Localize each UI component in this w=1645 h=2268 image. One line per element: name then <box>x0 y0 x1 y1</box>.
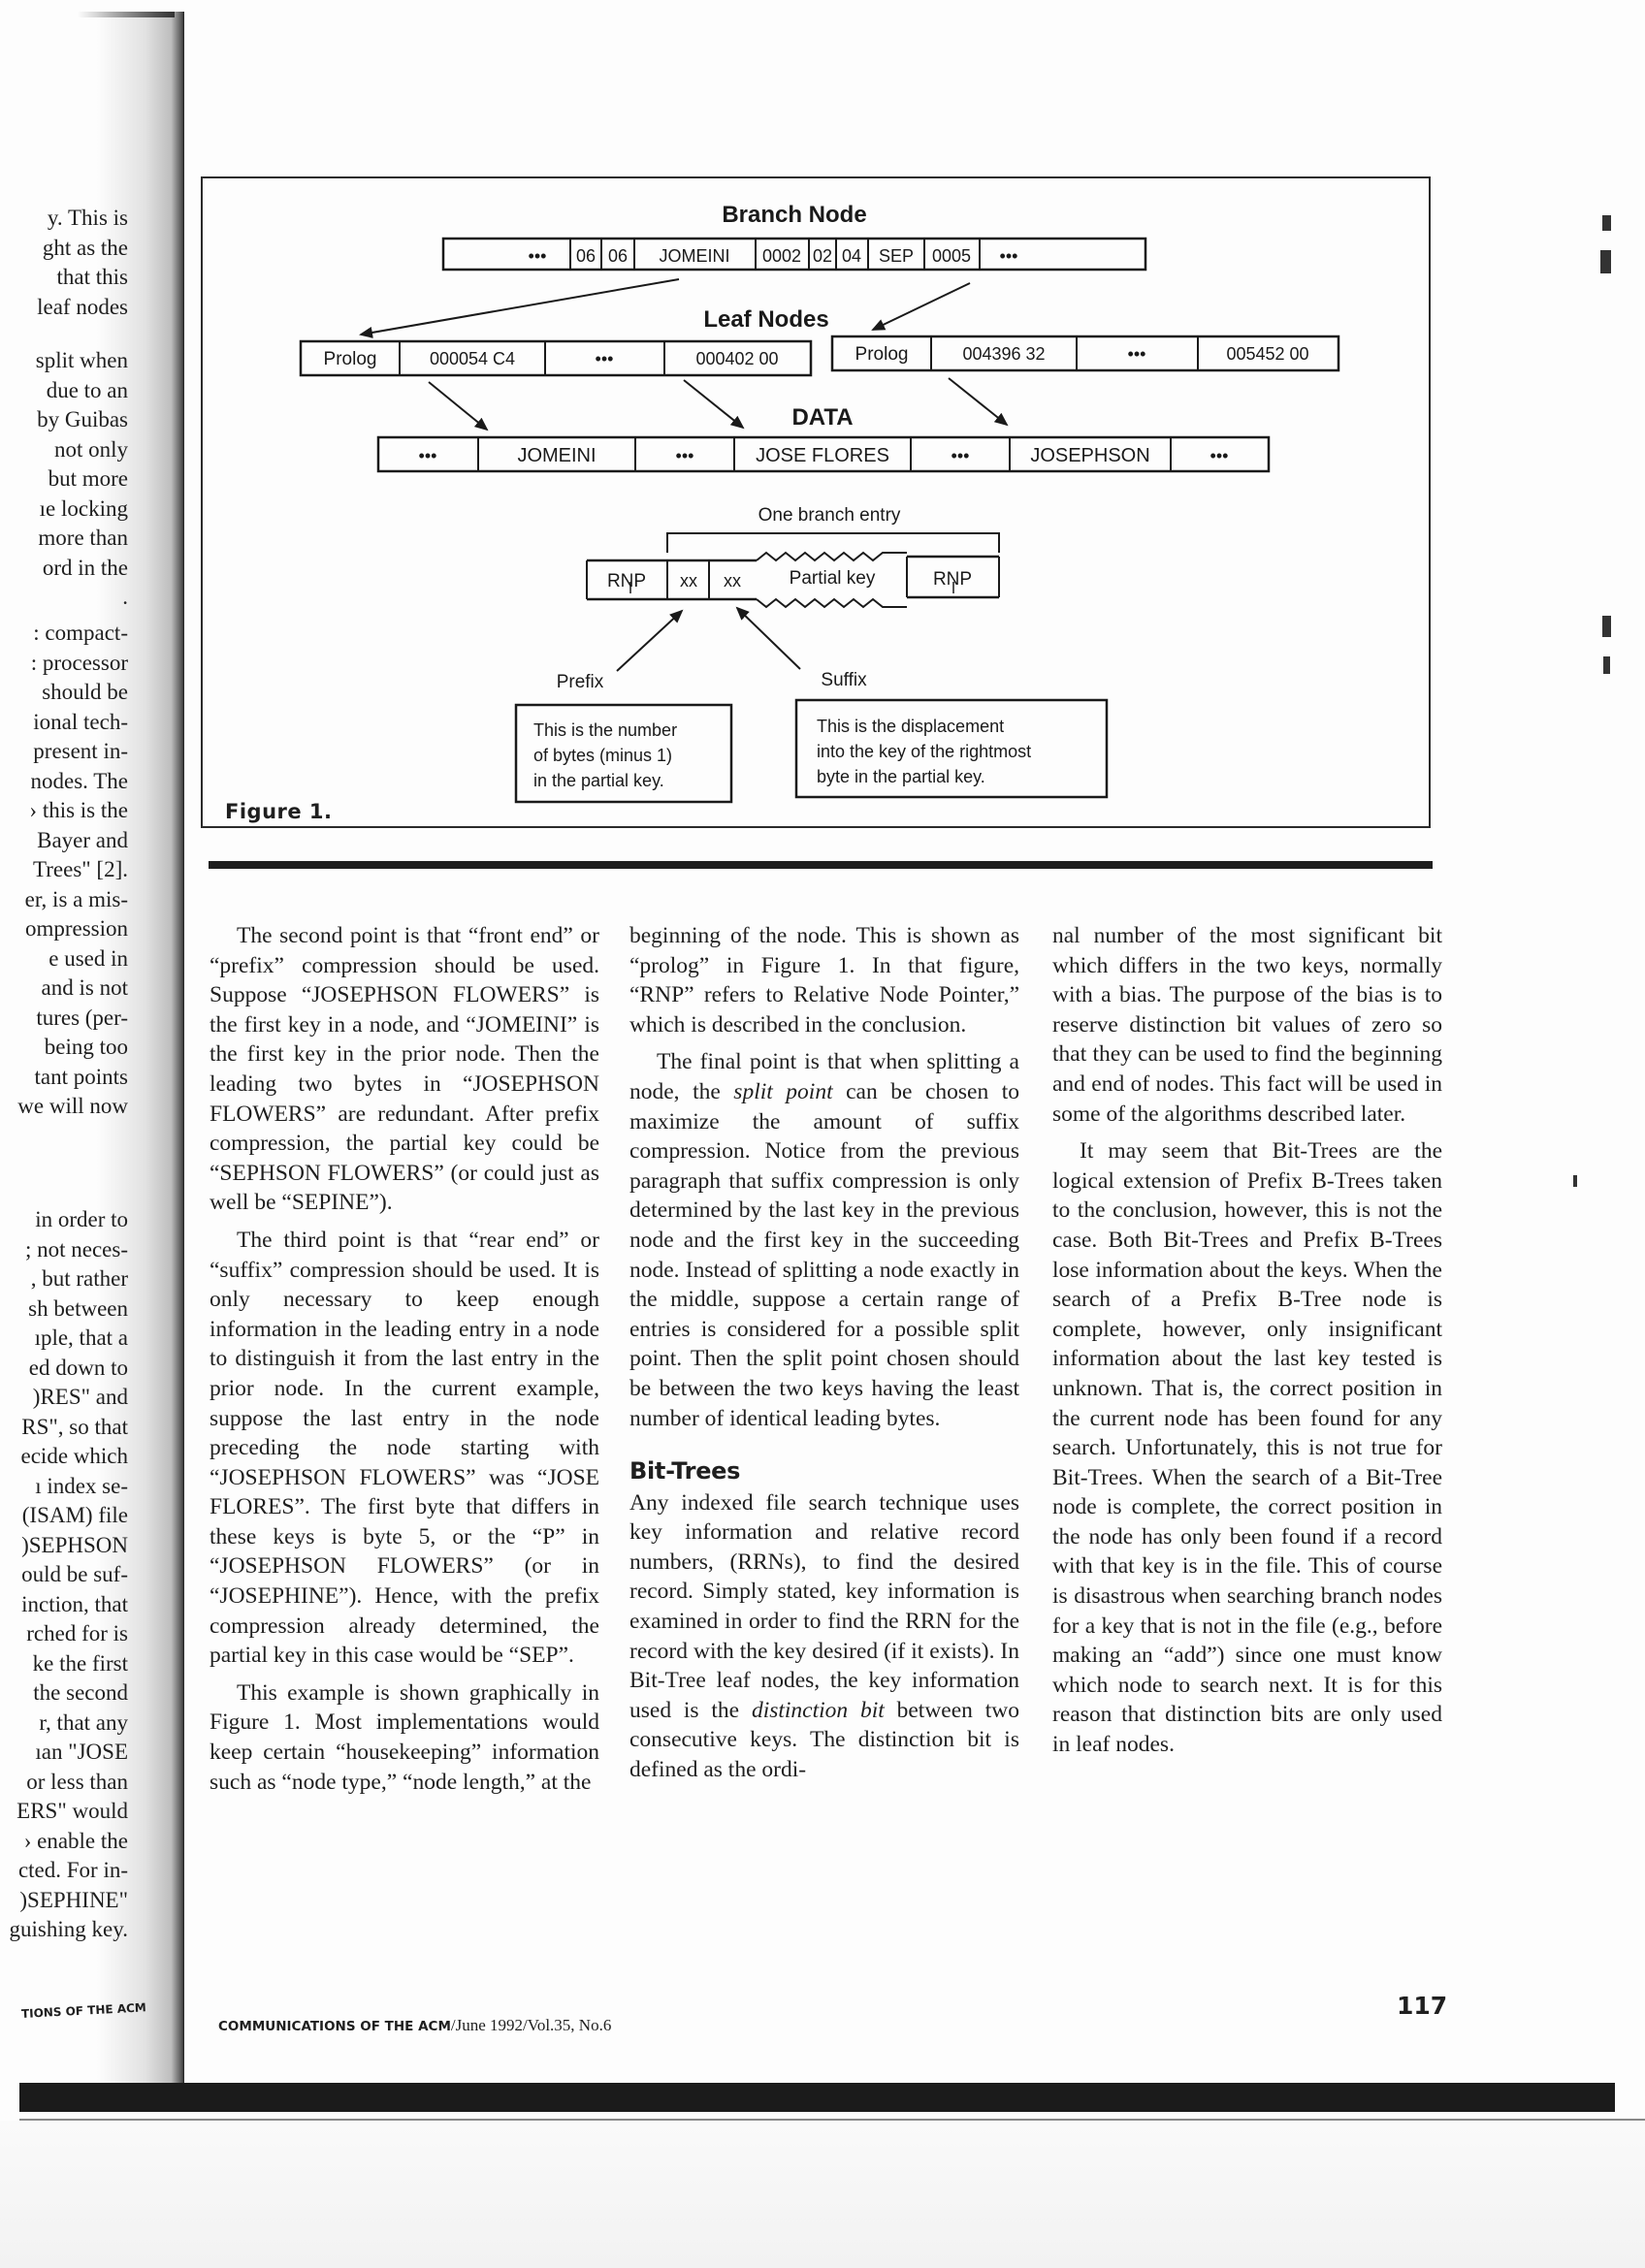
previous-page-line: sh between <box>0 1294 128 1325</box>
prefix-note-line: in the partial key. <box>533 771 664 790</box>
branch-cell: ••• <box>1000 246 1018 266</box>
branch-cell: 0005 <box>932 246 971 266</box>
previous-page-line: tures (per- <box>0 1004 128 1034</box>
article-column-2: beginning of the node. This is shown as … <box>629 921 1019 1793</box>
one-branch-entry-label: One branch entry <box>758 505 901 526</box>
branch-cell: 02 <box>813 246 832 266</box>
previous-page-line: ıan "JOSE <box>0 1738 128 1768</box>
entry-cell: xx <box>724 571 741 591</box>
previous-page-line: ed down to <box>0 1354 128 1384</box>
branch-cell: 06 <box>608 246 628 266</box>
suffix-label: Suffix <box>821 670 867 690</box>
leaf-cell: 000054 C4 <box>430 349 515 368</box>
section-heading-bit-trees: Bit-Trees <box>629 1456 1019 1486</box>
previous-page-line: )SEPHSON <box>0 1531 128 1561</box>
previous-page-line: ecide which <box>0 1442 128 1472</box>
previous-page-line: ould be suf- <box>0 1560 128 1590</box>
figure-1-diagram: Branch Node ••• 06 06 JOMEINI 0002 02 04… <box>0 0 1645 873</box>
leaf-cell: 004396 32 <box>962 344 1045 364</box>
previous-page-line: ompression <box>0 914 128 944</box>
branch-cell: ••• <box>529 246 547 266</box>
branch-cell: JOMEINI <box>659 246 729 266</box>
branch-cell: SEP <box>879 246 914 266</box>
leaf-nodes-title: Leaf Nodes <box>703 306 828 333</box>
emphasis-distinction-bit: distinction bit <box>752 1698 885 1723</box>
emphasis-split-point: split point <box>733 1079 832 1104</box>
text-run: can be chosen to maximize the amount of … <box>629 1079 1019 1431</box>
paragraph: Any indexed file search technique uses k… <box>629 1488 1019 1785</box>
data-cell: ••• <box>1210 446 1229 465</box>
data-cell: ••• <box>676 446 694 465</box>
suffix-note-line: byte in the partial key. <box>817 767 985 786</box>
previous-page-line: and is not <box>0 974 128 1004</box>
entry-cell: RNP <box>933 569 972 590</box>
text-run: Any indexed file search technique uses k… <box>629 1490 1019 1723</box>
data-cell: ••• <box>419 446 437 465</box>
entry-cell: Partial key <box>790 568 876 589</box>
previous-page-line: inction, that <box>0 1590 128 1620</box>
article-column-1: The second point is that “front end” or … <box>210 921 599 1805</box>
scanner-background <box>0 2121 1645 2268</box>
section-rule <box>209 861 1433 869</box>
previous-page-line: ı index se- <box>0 1472 128 1502</box>
paragraph: The final point is that when splitting a… <box>629 1047 1019 1433</box>
branch-node-title: Branch Node <box>722 202 866 228</box>
paragraph: The second point is that “front end” or … <box>210 921 599 1218</box>
leaf-cell: Prolog <box>855 344 909 365</box>
paragraph: beginning of the node. This is shown as … <box>629 921 1019 1039</box>
previous-page-line: rched for is <box>0 1619 128 1649</box>
leaf-cell: ••• <box>1128 344 1146 364</box>
previous-page-line: › enable the <box>0 1827 128 1857</box>
previous-page-line: or less than <box>0 1768 128 1798</box>
previous-page-line: r, that any <box>0 1709 128 1739</box>
paragraph: This example is shown graphically in Fig… <box>210 1678 599 1797</box>
leaf-cell: Prolog <box>324 349 377 369</box>
suffix-note-line: into the key of the rightmost <box>817 742 1031 761</box>
previous-page-line: (ISAM) file <box>0 1501 128 1531</box>
data-cell: JOSE FLORES <box>756 445 889 466</box>
entry-cell: xx <box>680 571 697 591</box>
leaf-cell: ••• <box>596 349 614 368</box>
previous-page-line: guishing key. <box>0 1915 128 1945</box>
branch-cell: 04 <box>842 246 861 266</box>
previous-page-line: ıple, that a <box>0 1324 128 1354</box>
data-cell: JOMEINI <box>517 445 596 466</box>
data-cell: JOSEPHSON <box>1030 445 1149 466</box>
previous-page-line: ; not neces- <box>0 1235 128 1265</box>
scan-bottom-bar <box>19 2083 1615 2112</box>
prefix-note-line: This is the number <box>533 720 677 740</box>
leaf-cell: 000402 00 <box>695 349 778 368</box>
previous-page-line: the second <box>0 1678 128 1709</box>
previous-page-line: e used in <box>0 944 128 974</box>
previous-page-line: )SEPHINE" <box>0 1886 128 1916</box>
paragraph: The third point is that “rear end” or “s… <box>210 1226 599 1671</box>
data-title: DATA <box>791 404 853 431</box>
journal-name: COMMUNICATIONS OF THE ACM <box>218 2019 451 2034</box>
branch-cell: 06 <box>576 246 596 266</box>
previous-page-line: cted. For in- <box>0 1856 128 1886</box>
paragraph: nal number of the most significant bit w… <box>1052 921 1442 1129</box>
previous-page-line: , but rather <box>0 1264 128 1294</box>
entry-cell: RNP <box>607 571 646 591</box>
running-footer: COMMUNICATIONS OF THE ACM/June 1992/Vol.… <box>218 2016 611 2035</box>
prefix-note-line: of bytes (minus 1) <box>533 746 672 765</box>
previous-page-line: being too <box>0 1033 128 1063</box>
previous-page-line: tant points <box>0 1063 128 1093</box>
figure-caption: Figure 1. <box>225 800 333 823</box>
page-number: 117 <box>1397 1992 1447 2020</box>
previous-page-line: RS", so that <box>0 1413 128 1443</box>
article-column-3: nal number of the most significant bit w… <box>1052 921 1442 1768</box>
previous-page-line: we will now <box>0 1092 128 1122</box>
previous-page-line: )RES" and <box>0 1383 128 1413</box>
suffix-note-line: This is the displacement <box>817 717 1004 736</box>
prefix-label: Prefix <box>557 672 604 692</box>
branch-cell: 0002 <box>762 246 801 266</box>
branch-entry-bracket <box>667 533 999 553</box>
leaf-cell: 005452 00 <box>1226 344 1308 364</box>
previous-page-line: er, is a mis- <box>0 885 128 915</box>
previous-page-line: ERS" would <box>0 1797 128 1827</box>
previous-page-line: in order to <box>0 1205 128 1235</box>
margin-mark <box>1573 1175 1577 1187</box>
previous-page-line: ke the first <box>0 1649 128 1679</box>
issue-info: /June 1992/Vol.35, No.6 <box>451 2016 611 2034</box>
paragraph: It may seem that Bit-Trees are the logic… <box>1052 1136 1442 1759</box>
data-cell: ••• <box>952 446 970 465</box>
